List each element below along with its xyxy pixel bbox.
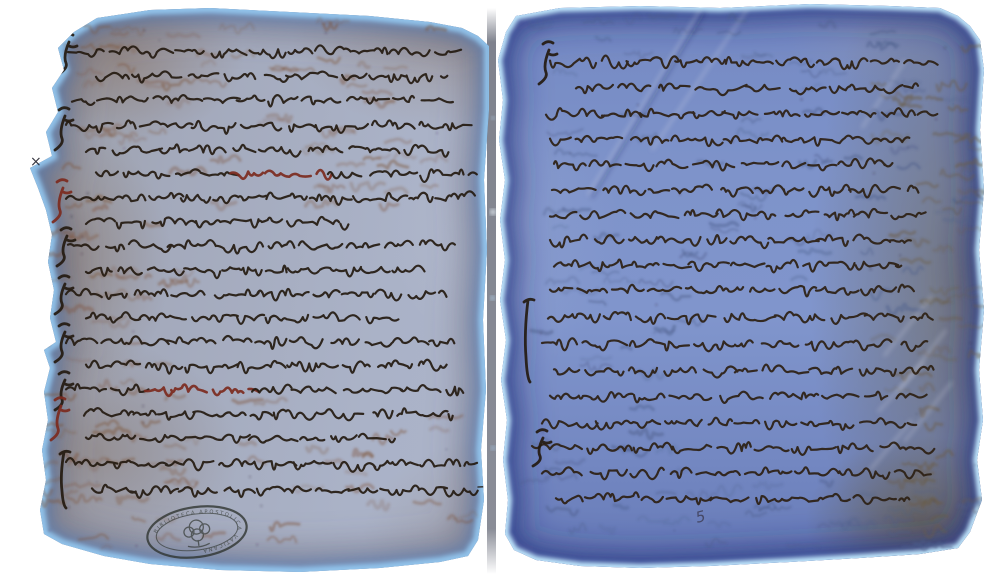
margin-cross-mark: × [30, 154, 42, 170]
manuscript-photograph: BIBLIOTECA APOSTOLICA VATICANA × 5 [0, 0, 990, 580]
folio-number: 5 [694, 507, 708, 527]
right-page-undertext-ghosts [522, 14, 990, 550]
gutter-light-glints [490, 117, 496, 450]
left-page-handwriting [13, 34, 516, 524]
manuscript-overlay: BIBLIOTECA APOSTOLICA VATICANA × 5 [0, 0, 990, 580]
